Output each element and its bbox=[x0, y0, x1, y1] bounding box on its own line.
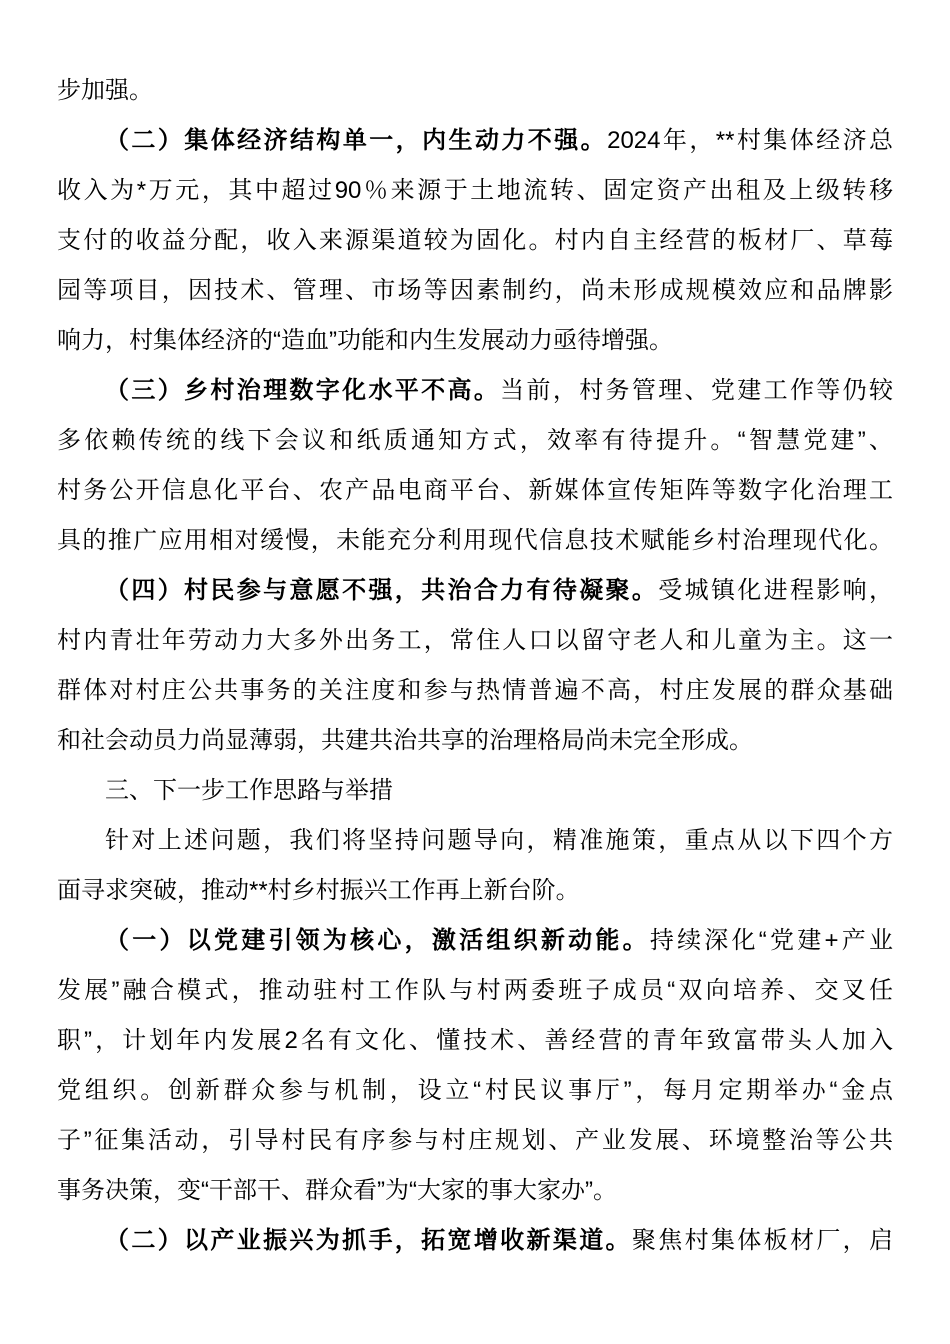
para-problem-4-line: 群体对村庄公共事务的关注度和参与热情普遍不高，村庄发展的群众基础 bbox=[57, 666, 893, 716]
paragraph-heading-text: （一）以党建引领为核心，激活组织新动能。 bbox=[105, 927, 650, 954]
para-measure-2-line: （二）以产业振兴为抓手，拓宽增收新渠道。聚焦村集体板材厂，启 bbox=[57, 1216, 893, 1266]
para-measure-1-line: （一）以党建引领为核心，激活组织新动能。持续深化“党建+产业 bbox=[57, 916, 893, 966]
paragraph-body-text: 和社会动员力尚显薄弱，共建共治共享的治理格局尚未完全形成。 bbox=[57, 727, 753, 754]
para-problem-2-line: 园等项目，因技术、管理、市场等因素制约，尚未形成规模效应和品牌影 bbox=[57, 266, 893, 316]
para-problem-3-line: 多依赖传统的线下会议和纸质通知方式，效率有待提升。“智慧党建”、 bbox=[57, 416, 893, 466]
paragraph-body-text: 当前，村务管理、党建工作等仍较 bbox=[500, 377, 893, 404]
paragraph-body-text: 职”，计划年内发展2名有文化、懂技术、善经营的青年致富带头人加入 bbox=[57, 1027, 893, 1054]
paragraph-body-text: 聚焦村集体板材厂，启 bbox=[632, 1227, 893, 1254]
paragraph-body-text: 多依赖传统的线下会议和纸质通知方式，效率有待提升。“智慧党建”、 bbox=[57, 427, 893, 454]
para-problem-2-line: （二）集体经济结构单一，内生动力不强。2024年，**村集体经济总 bbox=[57, 116, 893, 166]
paragraph-body-text: 子”征集活动，引导村民有序参与村庄规划、产业发展、环境整治等公共 bbox=[57, 1127, 893, 1154]
para-problem-3-line: （三）乡村治理数字化水平不高。当前，村务管理、党建工作等仍较 bbox=[57, 366, 893, 416]
paragraph-body-text: 园等项目，因技术、管理、市场等因素制约，尚未形成规模效应和品牌影 bbox=[57, 277, 893, 304]
paragraph-body-text: 发展”融合模式，推动驻村工作队与村两委班子成员“双向培养、交叉任 bbox=[57, 977, 893, 1004]
paragraph-body-text: 2024年，**村集体经济总 bbox=[607, 127, 893, 154]
para-measure-1-line: 发展”融合模式，推动驻村工作队与村两委班子成员“双向培养、交叉任 bbox=[57, 966, 893, 1016]
paragraph-body-text: 三、下一步工作思路与举措 bbox=[105, 777, 393, 804]
document-body: 步加强。（二）集体经济结构单一，内生动力不强。2024年，**村集体经济总收入为… bbox=[57, 66, 893, 1266]
paragraph-body-text: 针对上述问题，我们将坚持问题导向，精准施策，重点从以下四个方 bbox=[105, 827, 893, 854]
paragraph-body-text: 持续深化“党建+产业 bbox=[650, 927, 893, 954]
paragraph-body-text: 具的推广应用相对缓慢，未能充分利用现代信息技术赋能乡村治理现代化。 bbox=[57, 527, 893, 554]
para-measure-1-line: 党组织。创新群众参与机制，设立“村民议事厅”，每月定期举办“金点 bbox=[57, 1066, 893, 1116]
para-measure-1-line: 事务决策，变“干部干、群众看”为“大家的事大家办”。 bbox=[57, 1166, 893, 1216]
paragraph-body-text: 村务公开信息化平台、农产品电商平台、新媒体宣传矩阵等数字化治理工 bbox=[57, 477, 893, 504]
paragraph-body-text: 受城镇化进程影响， bbox=[658, 577, 893, 604]
para-intro-line: 针对上述问题，我们将坚持问题导向，精准施策，重点从以下四个方 bbox=[57, 816, 893, 866]
para-problem-4-line: 村内青壮年劳动力大多外出务工，常住人口以留守老人和儿童为主。这一 bbox=[57, 616, 893, 666]
section-3-heading-line: 三、下一步工作思路与举措 bbox=[57, 766, 893, 816]
para-carryover-line: 步加强。 bbox=[57, 66, 893, 116]
paragraph-body-text: 收入为*万元，其中超过90％来源于土地流转、固定资产出租及上级转移 bbox=[57, 177, 893, 204]
paragraph-body-text: 事务决策，变“干部干、群众看”为“大家的事大家办”。 bbox=[57, 1177, 617, 1204]
paragraph-body-text: 步加强。 bbox=[57, 77, 153, 104]
document-page: 步加强。（二）集体经济结构单一，内生动力不强。2024年，**村集体经济总收入为… bbox=[0, 0, 950, 1344]
para-problem-3-line: 具的推广应用相对缓慢，未能充分利用现代信息技术赋能乡村治理现代化。 bbox=[57, 516, 893, 566]
paragraph-heading-text: （二）集体经济结构单一，内生动力不强。 bbox=[105, 127, 607, 154]
paragraph-heading-text: （三）乡村治理数字化水平不高。 bbox=[105, 377, 500, 404]
para-problem-4-line: （四）村民参与意愿不强，共治合力有待凝聚。受城镇化进程影响， bbox=[57, 566, 893, 616]
para-problem-2-line: 收入为*万元，其中超过90％来源于土地流转、固定资产出租及上级转移 bbox=[57, 166, 893, 216]
paragraph-body-text: 群体对村庄公共事务的关注度和参与热情普遍不高，村庄发展的群众基础 bbox=[57, 677, 893, 704]
paragraph-heading-text: （二）以产业振兴为抓手，拓宽增收新渠道。 bbox=[105, 1227, 632, 1254]
para-problem-3-line: 村务公开信息化平台、农产品电商平台、新媒体宣传矩阵等数字化治理工 bbox=[57, 466, 893, 516]
paragraph-body-text: 村内青壮年劳动力大多外出务工，常住人口以留守老人和儿童为主。这一 bbox=[57, 627, 893, 654]
paragraph-body-text: 响力，村集体经济的“造血”功能和内生发展动力亟待增强。 bbox=[57, 327, 673, 354]
paragraph-body-text: 面寻求突破，推动**村乡村振兴工作再上新台阶。 bbox=[57, 877, 580, 904]
para-intro-line: 面寻求突破，推动**村乡村振兴工作再上新台阶。 bbox=[57, 866, 893, 916]
para-measure-1-line: 职”，计划年内发展2名有文化、懂技术、善经营的青年致富带头人加入 bbox=[57, 1016, 893, 1066]
para-problem-4-line: 和社会动员力尚显薄弱，共建共治共享的治理格局尚未完全形成。 bbox=[57, 716, 893, 766]
para-measure-1-line: 子”征集活动，引导村民有序参与村庄规划、产业发展、环境整治等公共 bbox=[57, 1116, 893, 1166]
para-problem-2-line: 支付的收益分配，收入来源渠道较为固化。村内自主经营的板材厂、草莓 bbox=[57, 216, 893, 266]
paragraph-body-text: 党组织。创新群众参与机制，设立“村民议事厅”，每月定期举办“金点 bbox=[57, 1077, 893, 1104]
paragraph-body-text: 支付的收益分配，收入来源渠道较为固化。村内自主经营的板材厂、草莓 bbox=[57, 227, 893, 254]
paragraph-heading-text: （四）村民参与意愿不强，共治合力有待凝聚。 bbox=[105, 577, 658, 604]
para-problem-2-line: 响力，村集体经济的“造血”功能和内生发展动力亟待增强。 bbox=[57, 316, 893, 366]
